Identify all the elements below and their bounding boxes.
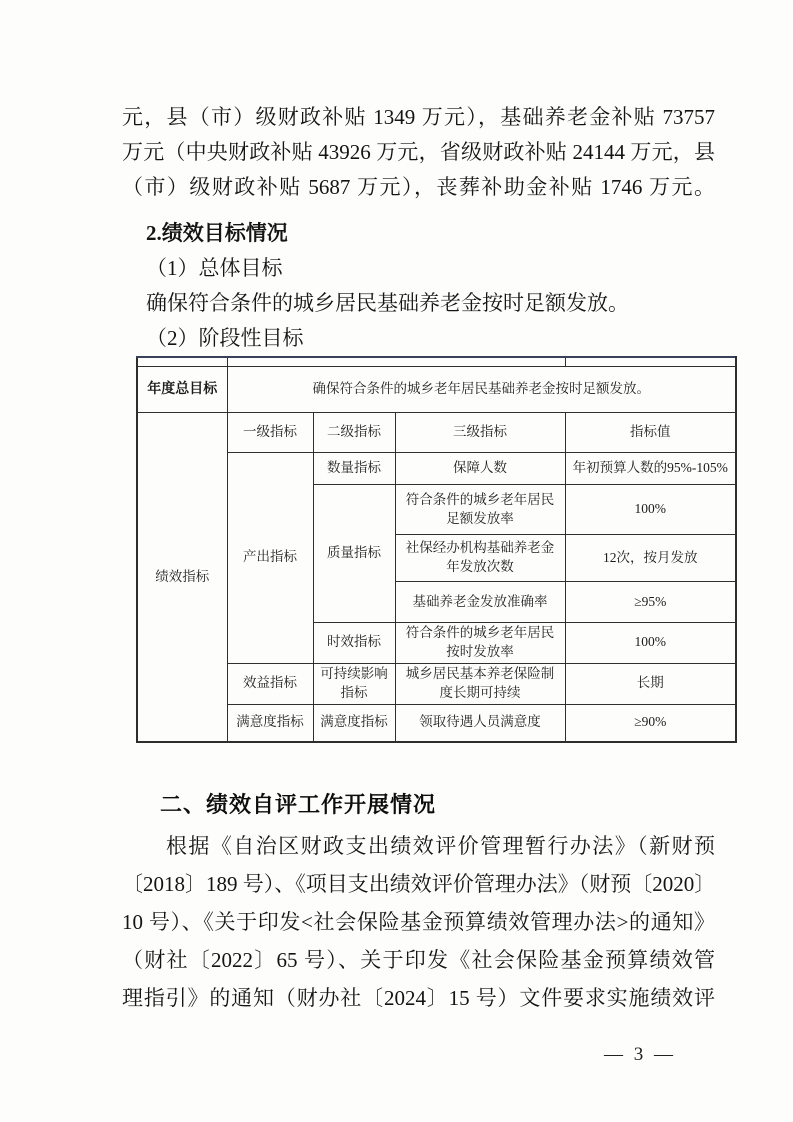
level1-satisfaction: 满意度指标 — [227, 704, 313, 742]
paragraph-line: 〔2018〕189 号）、《项目支出绩效评价管理办法》（财预〔2020〕 — [122, 865, 715, 903]
overall-goal-subheading: （1）总体目标 — [122, 251, 739, 286]
table-row: 满意度指标 满意度指标 领取待遇人员满意度 ≥90% — [137, 704, 736, 742]
level2-quantity: 数量指标 — [313, 453, 395, 485]
subsidy-paragraph: 元，县（市）级财政补贴 1349 万元），基础养老金补贴 73757 万元（中央… — [122, 100, 715, 205]
document-page: 元，县（市）级财政补贴 1349 万元），基础养老金补贴 73757 万元（中央… — [0, 0, 793, 1122]
indicator-name: 城乡居民基本养老保险制度长期可持续 — [395, 663, 565, 704]
table-row: 年度总目标 确保符合条件的城乡老年居民基础养老金按时足额发放。 — [137, 367, 736, 413]
level2-quality: 质量指标 — [313, 485, 395, 623]
table-row: 效益指标 可持续影响指标 城乡居民基本养老保险制度长期可持续 长期 — [137, 663, 736, 704]
paragraph-line: 万元（中央财政补贴 43926 万元，省级财政补贴 24144 万元，县 — [122, 135, 715, 170]
level1-benefit: 效益指标 — [227, 663, 313, 704]
column-header: 指标值 — [565, 413, 736, 453]
indicator-name: 领取待遇人员满意度 — [395, 704, 565, 742]
indicator-name: 保障人数 — [395, 453, 565, 485]
column-header: 一级指标 — [227, 413, 313, 453]
indicator-value: 12次，按月发放 — [565, 535, 736, 582]
goal-section-heading: 2.绩效目标情况 — [122, 216, 739, 251]
stage-goal-subheading: （2）阶段性目标 — [122, 321, 739, 356]
level2-satisfaction: 满意度指标 — [313, 704, 395, 742]
column-header: 二级指标 — [313, 413, 395, 453]
indicator-value: 100% — [565, 485, 736, 535]
indicator-name: 符合条件的城乡老年居民按时发放率 — [395, 623, 565, 664]
paragraph-line: 元，县（市）级财政补贴 1349 万元），基础养老金补贴 73757 — [122, 100, 715, 135]
paragraph-line: 理指引》的通知（财办社〔2024〕15 号）文件要求实施绩效评 — [122, 979, 715, 1017]
sliver-cell — [227, 357, 565, 367]
paragraph-line: 10 号）、《关于印发<社会保险基金预算绩效管理办法>的通知》 — [122, 903, 715, 941]
indicator-value: 100% — [565, 623, 736, 664]
performance-goal-table: 年度总目标 确保符合条件的城乡老年居民基础养老金按时足额发放。 绩效指标 一级指… — [136, 356, 737, 743]
indicator-name: 符合条件的城乡老年居民足额发放率 — [395, 485, 565, 535]
annual-goal-text: 确保符合条件的城乡老年居民基础养老金按时足额发放。 — [227, 367, 736, 413]
paragraph-line: （财社〔2022〕65 号）、关于印发《社会保险基金预算绩效管 — [122, 941, 715, 979]
indicator-name: 基础养老金发放准确率 — [395, 582, 565, 623]
table-row — [137, 357, 736, 367]
sliver-cell — [137, 357, 227, 367]
table-header-row: 绩效指标 一级指标 二级指标 三级指标 指标值 — [137, 413, 736, 453]
indicator-value: 年初预算人数的95%-105% — [565, 453, 736, 485]
paragraph-line: 根据《自治区财政支出绩效评价管理暂行办法》（新财预 — [122, 827, 715, 865]
sliver-cell — [565, 357, 736, 367]
indicator-name: 社保经办机构基础养老金年发放次数 — [395, 535, 565, 582]
self-eval-paragraph: 根据《自治区财政支出绩效评价管理暂行办法》（新财预 〔2018〕189 号）、《… — [122, 827, 715, 1017]
indicator-value: ≥90% — [565, 704, 736, 742]
level1-output: 产出指标 — [227, 453, 313, 664]
table-row: 产出指标 数量指标 保障人数 年初预算人数的95%-105% — [137, 453, 736, 485]
level2-timeliness: 时效指标 — [313, 623, 395, 664]
indicator-value: 长期 — [565, 663, 736, 704]
perf-indicator-label: 绩效指标 — [137, 413, 227, 743]
indicator-value: ≥95% — [565, 582, 736, 623]
overall-goal-text: 确保符合条件的城乡居民基础养老金按时足额发放。 — [122, 286, 739, 321]
self-eval-section-heading: 二、绩效自评工作开展情况 — [122, 788, 760, 819]
annual-goal-label: 年度总目标 — [137, 367, 227, 413]
level2-sustain: 可持续影响指标 — [313, 663, 395, 704]
page-number: — 3 — — [604, 1044, 676, 1066]
paragraph-line: （市）级财政补贴 5687 万元），丧葬补助金补贴 1746 万元。 — [122, 170, 715, 205]
column-header: 三级指标 — [395, 413, 565, 453]
